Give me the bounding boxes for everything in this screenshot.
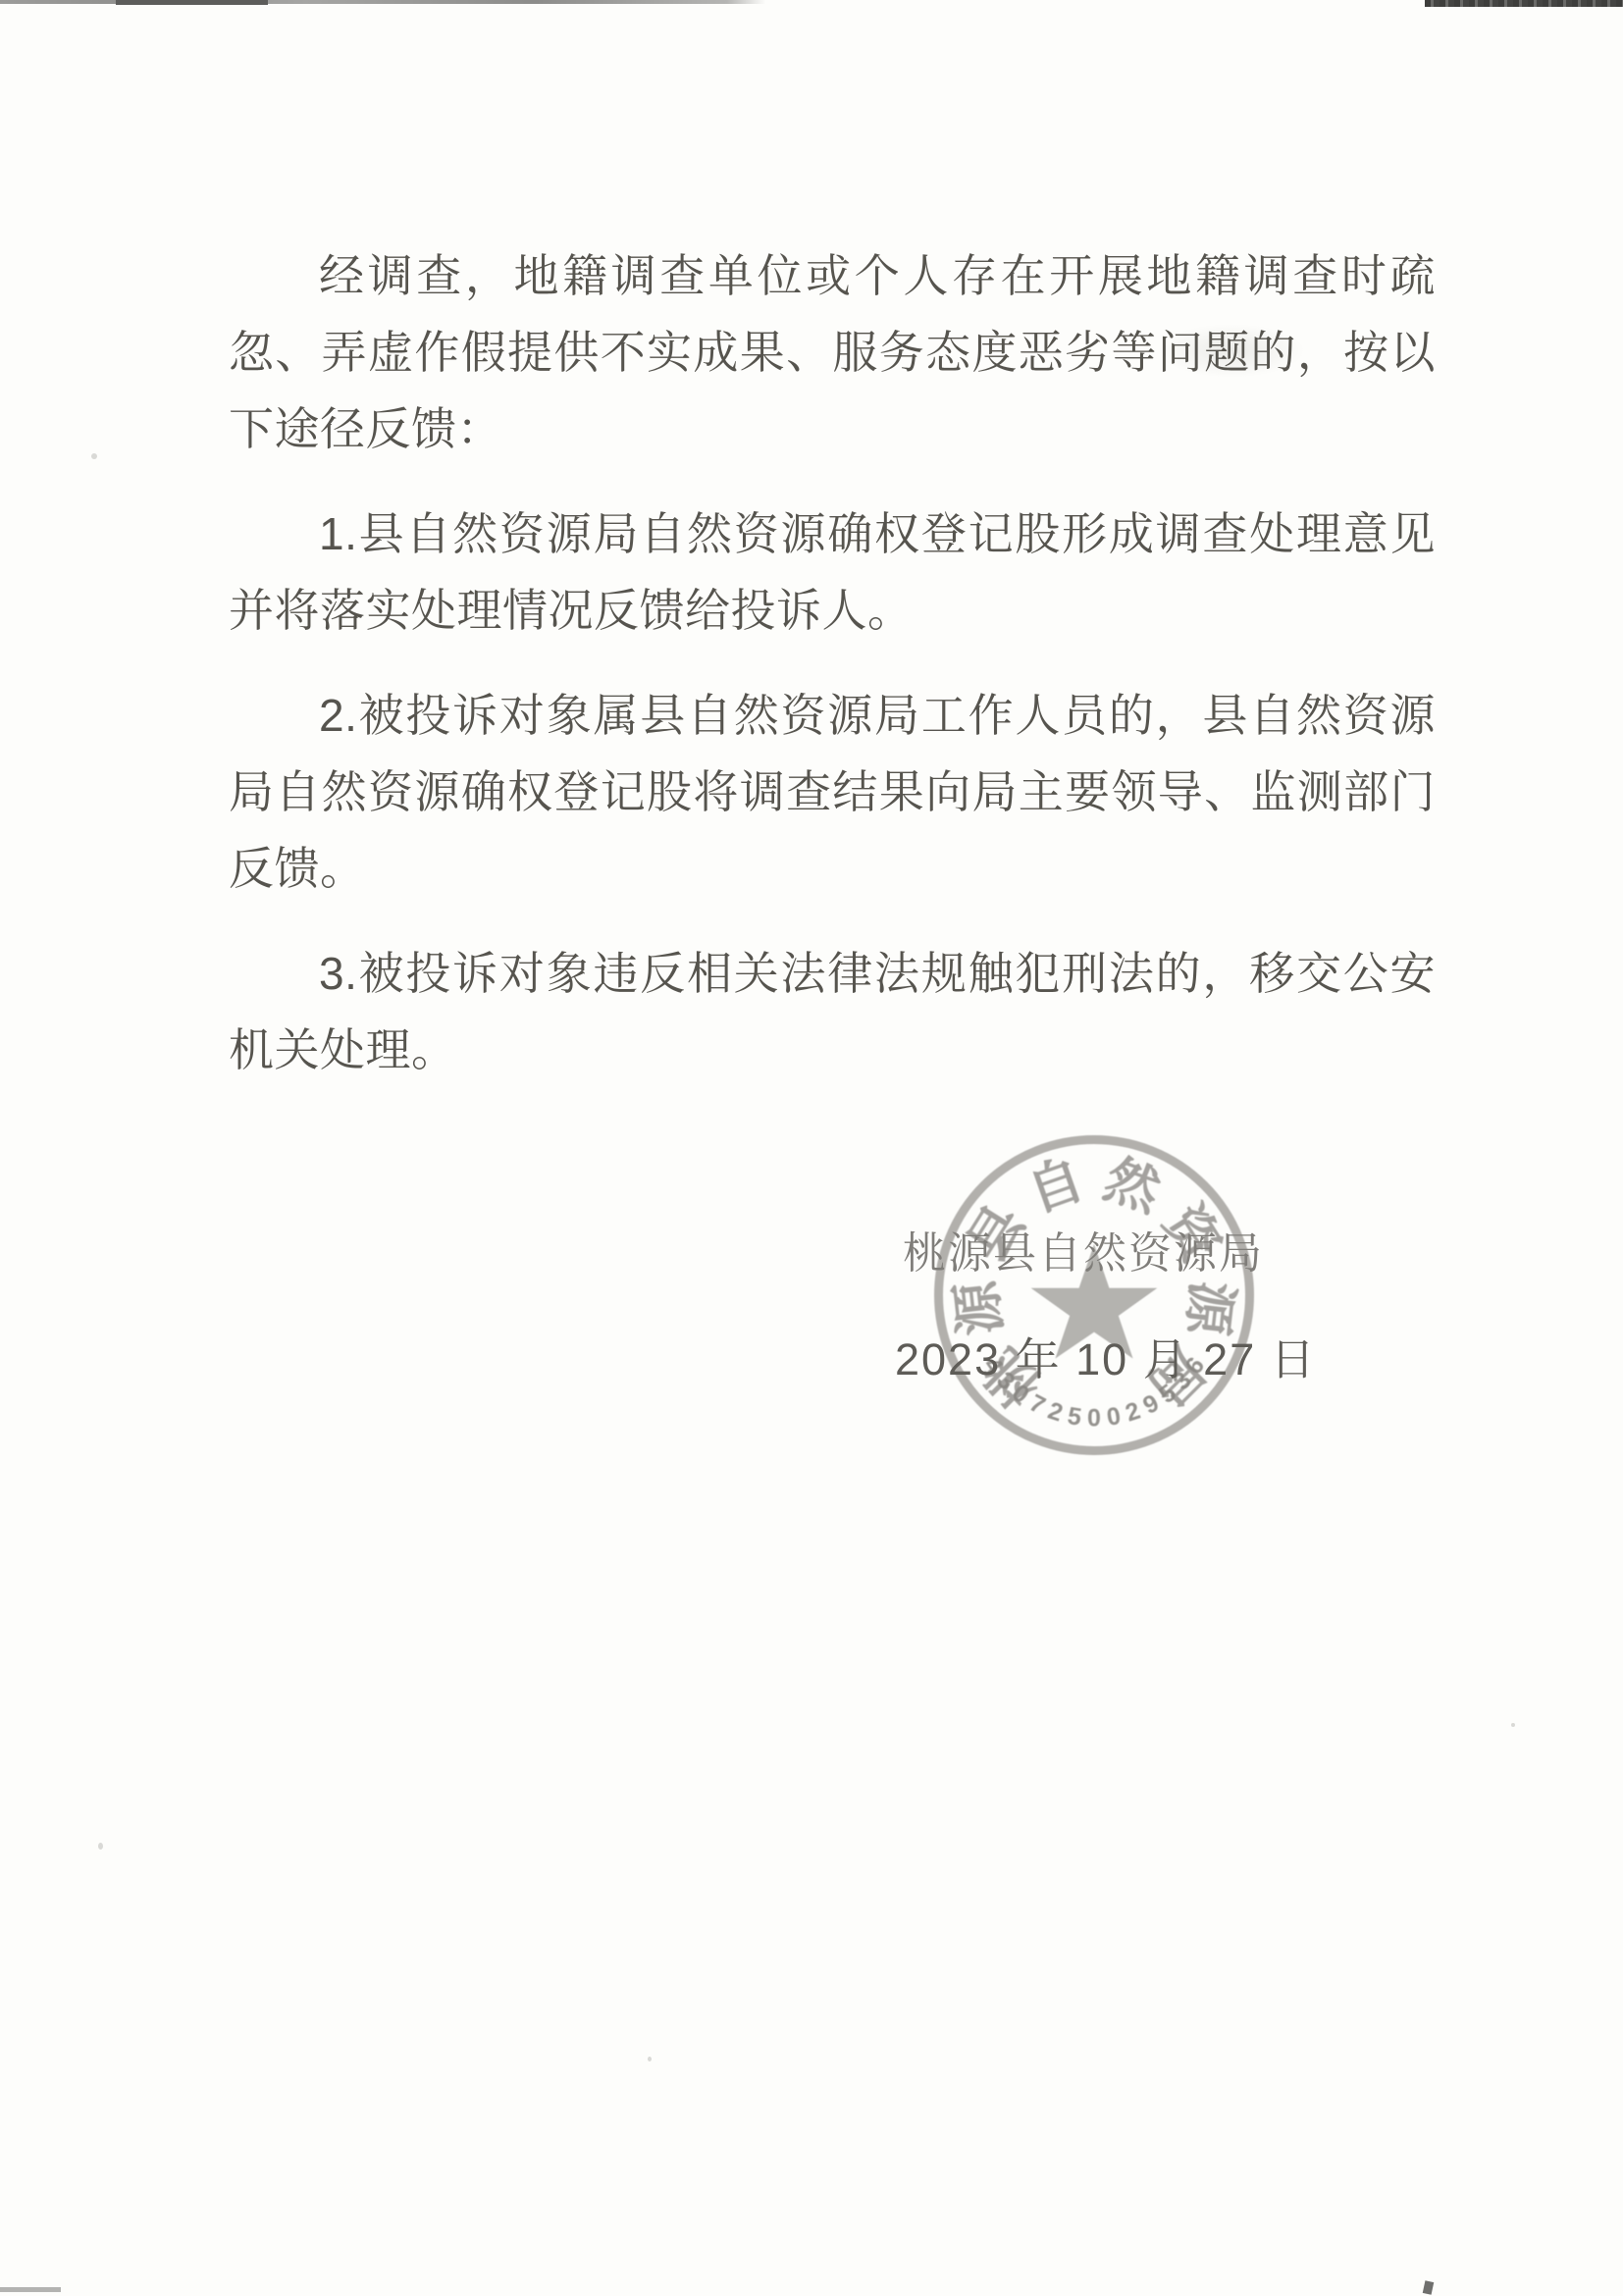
paragraph-item-2: 2.被投诉对象属县自然资源局工作人员的，县自然资源局自然资源确权登记股将调查结果… <box>229 677 1436 907</box>
paragraph-intro: 经调查，地籍调查单位或个人存在开展地籍调查时疏忽、弄虚作假提供不实成果、服务态度… <box>229 237 1436 467</box>
signature-date: 2023 年 10 月 27 日 <box>895 1337 1317 1382</box>
scan-speck <box>1511 1723 1515 1727</box>
scan-speck <box>91 453 97 459</box>
document-page: 经调查，地籍调查单位或个人存在开展地籍调查时疏忽、弄虚作假提供不实成果、服务态度… <box>0 0 1623 2296</box>
body-text: 经调查，地籍调查单位或个人存在开展地籍调查时疏忽、弄虚作假提供不实成果、服务态度… <box>229 237 1436 1117</box>
signature-issuer: 桃源县自然资源局 <box>903 1232 1264 1276</box>
scan-artifact-top-right-block <box>1425 0 1623 7</box>
scan-artifact-bottom-mark <box>1423 2280 1435 2295</box>
scan-speck <box>98 1843 103 1850</box>
scan-artifact-top-line <box>0 0 765 4</box>
paragraph-item-3: 3.被投诉对象违反相关法律法规触犯刑法的，移交公安机关处理。 <box>229 935 1436 1088</box>
paragraph-item-1: 1.县自然资源局自然资源确权登记股形成调查处理意见并将落实处理情况反馈给投诉人。 <box>229 496 1436 649</box>
scan-artifact-bottom-left-dash <box>0 2287 61 2292</box>
scan-artifact-top-dark-segment <box>116 0 268 5</box>
scan-speck <box>648 2057 652 2061</box>
official-seal: 桃源县自然资源局 4307250029536 <box>934 1135 1254 1455</box>
